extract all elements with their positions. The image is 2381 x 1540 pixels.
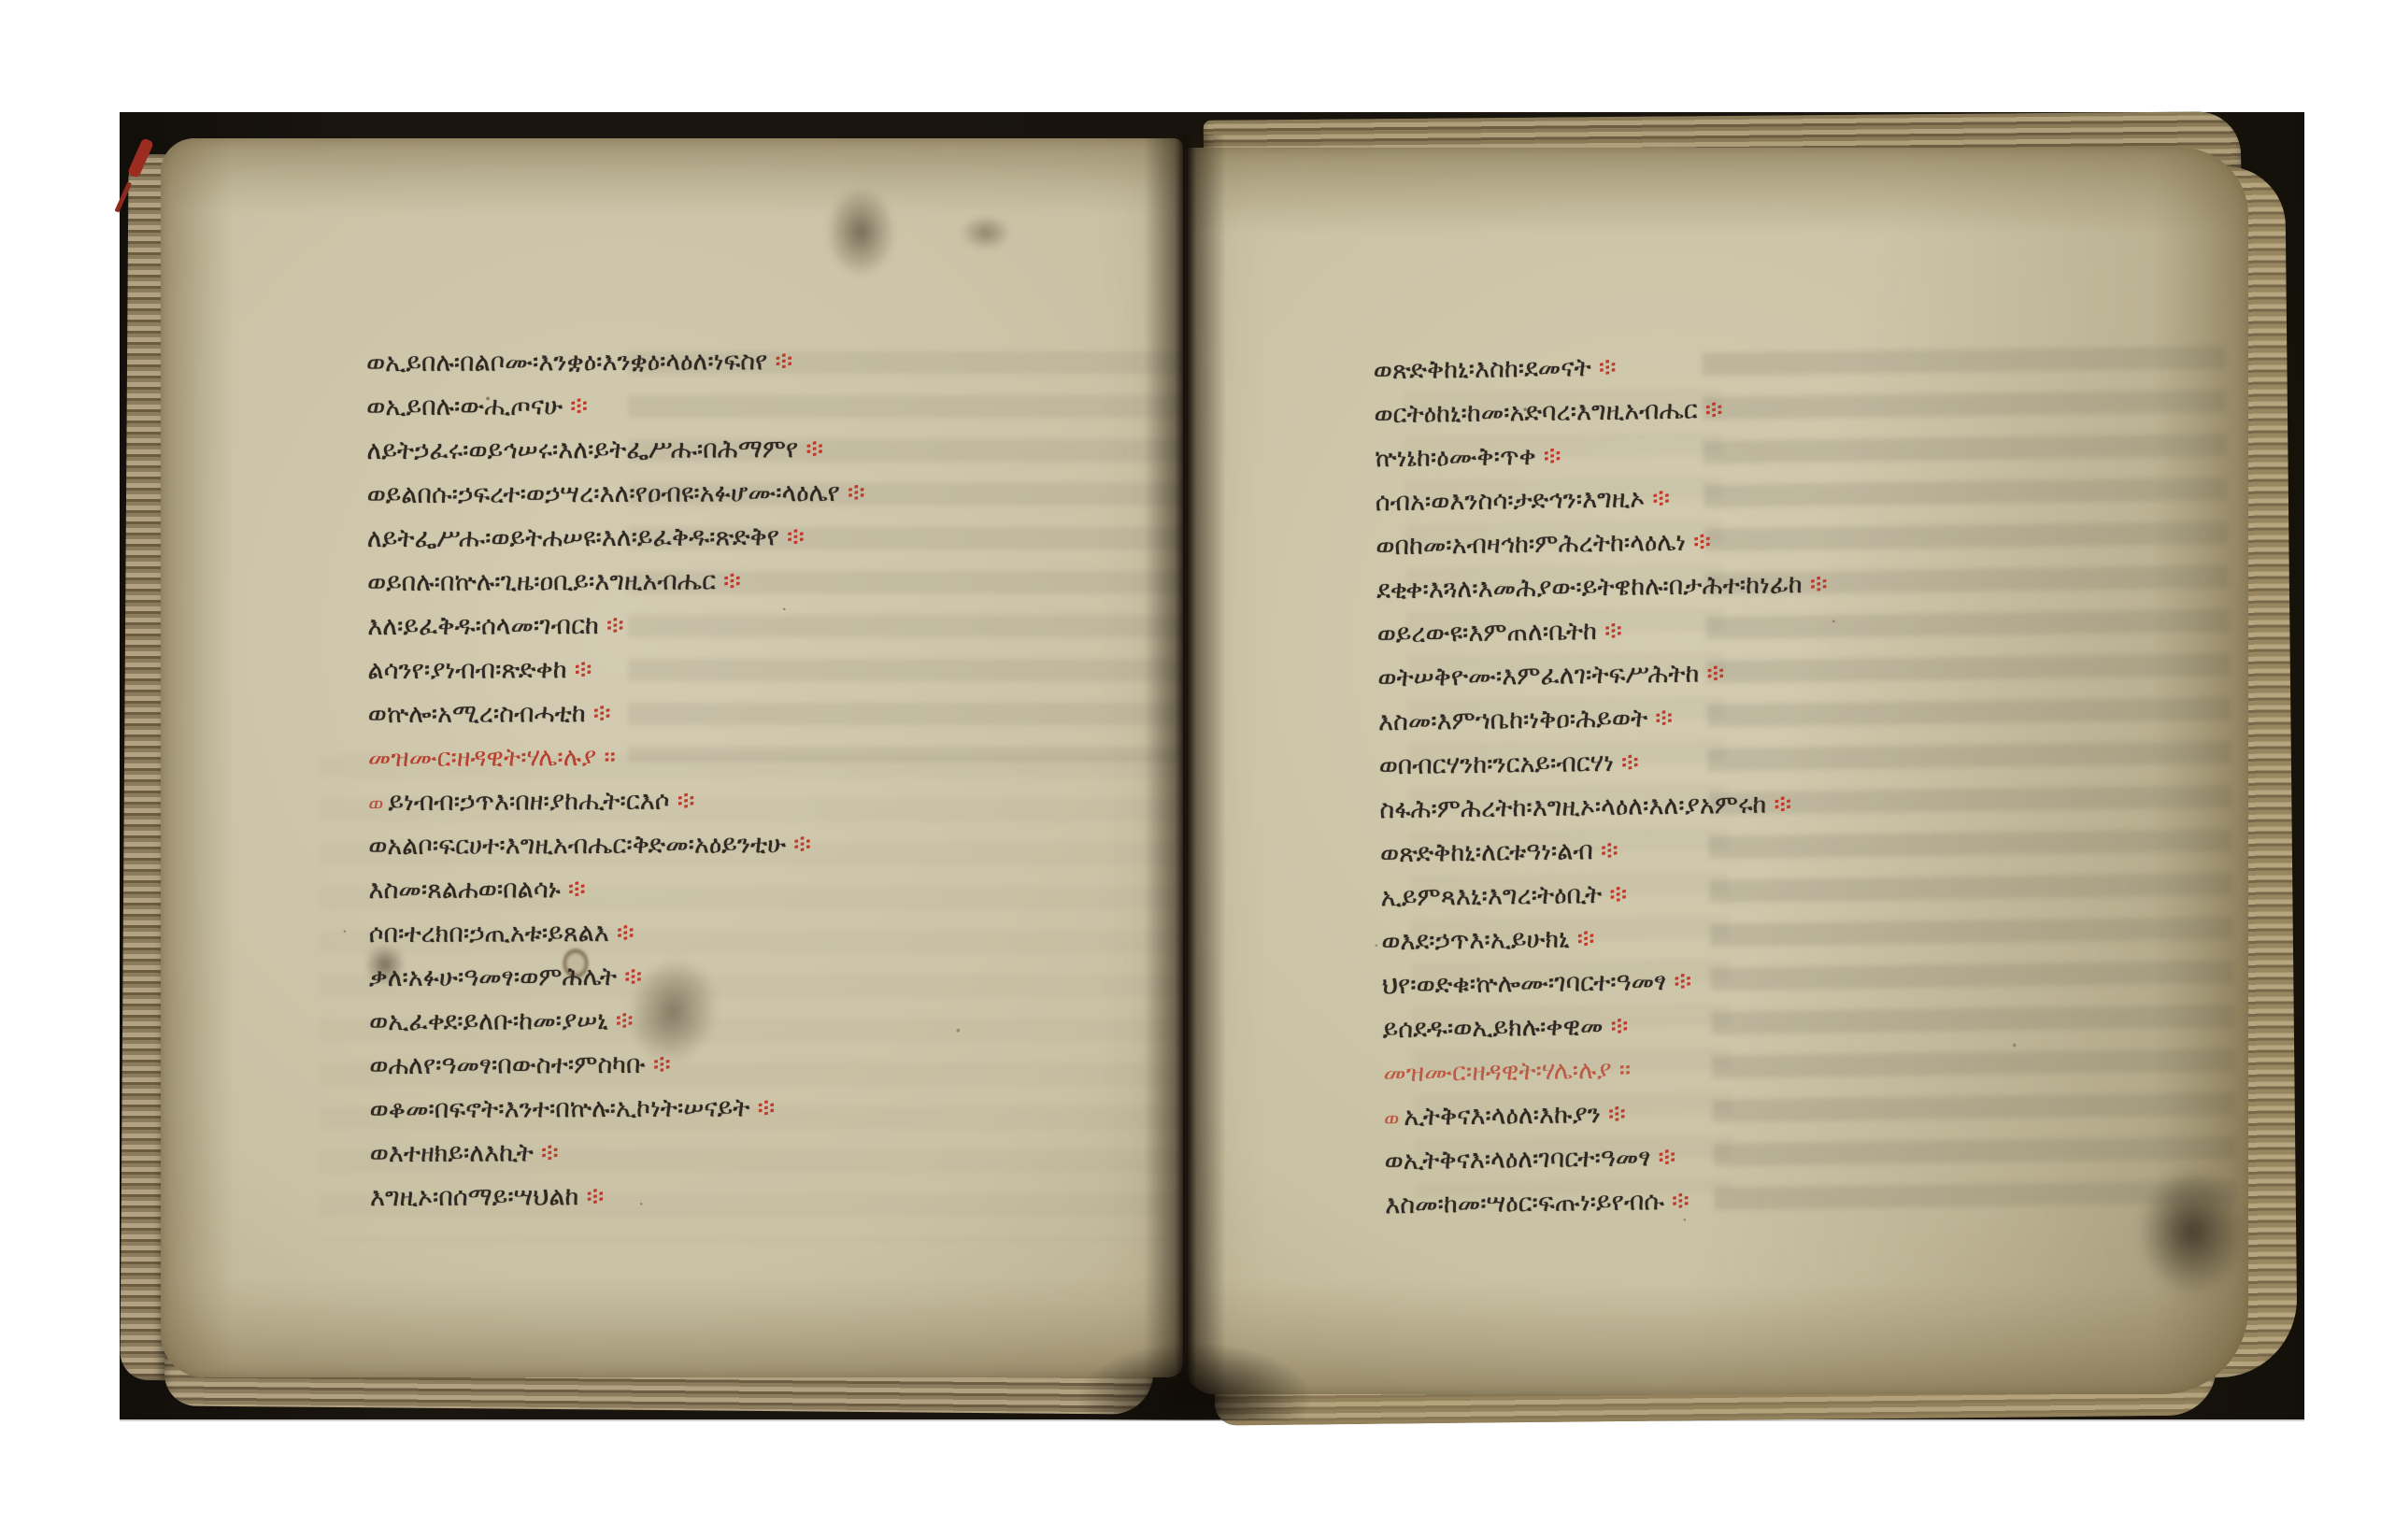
left-page-text: ወኢይበሉ፡በልቦሙ፡እንቋዕ፡እንቋዕ፡ላዕለ፡ነፍስየ፨ ወኢይበሉ፡ውሒጦ… [366,339,868,1219]
text-line: ወኢይበሉ፡በልቦሙ፡እንቋዕ፡እንቋዕ፡ላዕለ፡ነፍስየ፨ [366,339,864,385]
line-end-cross-mark: ፨ [1809,570,1827,599]
line-end-cross-mark: ፨ [1704,395,1722,424]
line-end-cross-mark: ፨ [1621,748,1639,777]
line-end-cross-mark: ፨ [1543,442,1561,471]
text-line: እስመ፡እምኀቤከ፡ነቅዐ፡ሕይወት፨ [1378,694,1830,745]
text-line: ሰብአ፡ወእንስሳ፡ታድኅን፡እግዚኦ፨ [1375,475,1826,525]
line-end-cross-mark: ፨ [1672,1187,1690,1216]
text-line: ወኢይበሉ፡ውሒጦናሁ፨ [366,383,864,429]
line-end-cross-mark: ፨ [653,1050,671,1079]
rubric-end-mark: ። [1618,1056,1631,1085]
text-line: ሶበ፡ተረክበ፡ኃጢአቱ፡ይጸልእ፨ [369,910,867,956]
line-end-cross-mark: ፨ [1706,659,1724,688]
text-line: እስመ፡ጸልሐወ፡በልሳኑ፨ [368,866,866,912]
text-line: ወይነብብ፡ኃጥእ፡በዘ፡ያከሒት፡ርእሶ፨ [368,778,866,824]
line-end-cross-mark: ፨ [593,699,611,728]
line-end-cross-mark: ፨ [1599,353,1617,382]
line-end-cross-mark: ፨ [575,655,592,684]
stain [961,215,1011,250]
text-line: ህየ፡ወድቁ፡ኵሎሙ፡ገባርተ፡ዓመፃ፨ [1382,958,1833,1008]
line-end-cross-mark: ፨ [806,435,823,463]
red-initial: ወ [368,792,383,816]
text-line: ወቆመ፡በፍኖት፡እንተ፡በኵሉ፡ኢኮነት፡ሠናይት፨ [369,1086,867,1132]
line-end-cross-mark: ፨ [1693,527,1711,556]
text-line: ኢይምጻእኒ፡እግረ፡ትዕቢት፨ [1380,870,1832,920]
line-end-cross-mark: ፨ [793,830,811,859]
line-end-cross-mark: ፨ [1610,1012,1628,1041]
line-end-cross-mark: ፨ [1652,484,1670,513]
line-end-cross-mark: ፨ [1608,1100,1626,1129]
line-end-cross-mark: ፨ [1655,704,1673,733]
line-end-cross-mark: ፨ [1774,790,1791,819]
text-line: ለይትኃፈሩ፡ወይኅሠሩ፡እለ፡ይትፌሥሑ፡በሕማምየ፨ [366,427,864,473]
red-initial: ወ [1384,1107,1400,1131]
text-line: ለይትፌሥሑ፡ወይትሐሠዩ፡እለ፡ይፈቅዱ፡ጽድቅየ፨ [367,515,865,561]
rubric-end-mark: ። [604,743,616,772]
text-line: ስፋሕ፡ምሕረትከ፡እግዚኦ፡ላዕለ፡እለ፡ያአምሩከ፨ [1379,782,1831,833]
line-end-cross-mark: ፨ [1601,836,1618,865]
line-end-cross-mark: ፨ [616,1006,634,1035]
text-line: ወይረውዩ፡እምጠለ፡ቤትከ፨ [1376,606,1828,657]
right-page: 32 ወጽድቅከኒ፡እስከ፡ደመናት፨ ወርትዕከኒ፡ከመ፡አድባረ፡እግዚአብ… [1185,148,2248,1394]
line-end-cross-mark: ፨ [1674,967,1691,996]
text-line: ልሳንየ፡ያነብብ፡ጽድቀከ፨ [367,647,865,692]
line-end-cross-mark: ፨ [1609,880,1627,909]
text-line: ወጽድቅከኒ፡እስከ፡ደመናት፨ [1373,343,1824,393]
line-end-cross-mark: ፨ [1576,924,1594,953]
line-end-cross-mark: ፨ [624,962,642,991]
right-page-text: ወጽድቅከኒ፡እስከ፡ደመናት፨ ወርትዕከኒ፡ከመ፡አድባረ፡እግዚአብሔር፨… [1373,343,1836,1228]
left-page: ወኢይበሉ፡በልቦሙ፡እንቋዕ፡እንቋዕ፡ላዕለ፡ነፍስየ፨ ወኢይበሉ፡ውሒጦ… [161,138,1183,1377]
rubric-line: መዝሙር፡ዘዳዊት፡ሃሌ፡ሉያ። [1383,1046,1834,1096]
line-end-cross-mark: ፨ [723,566,741,595]
text-line: ወበብርሃንከ፡ንርአይ፡ብርሃነ፨ [1378,738,1830,789]
text-line: ወይልበሱ፡ኃፍረተ፡ወኃሣረ፡እለ፡የዐብዩ፡አፉሆሙ፡ላዕሌየ፨ [367,471,865,517]
line-end-cross-mark: ፨ [541,1138,559,1167]
text-line: ኵነኔከ፡ዕሙቅ፡ጥቀ፨ [1375,431,1826,481]
text-line: ወርትዕከኒ፡ከመ፡አድባረ፡እግዚአብሔር፨ [1374,387,1825,437]
line-end-cross-mark: ፨ [568,875,586,904]
gutter-shadow-bottom [1054,1318,1334,1420]
book-photo: ወኢይበሉ፡በልቦሙ፡እንቋዕ፡እንቋዕ፡ላዕለ፡ነፍስየ፨ ወኢይበሉ፡ውሒጦ… [120,112,2304,1421]
line-end-cross-mark: ፨ [1658,1143,1675,1172]
line-end-cross-mark: ፨ [775,347,792,376]
line-end-cross-mark: ፨ [848,478,865,507]
text-line: እለ፡ይፈቅዱ፡ሰላመ፡ገብርከ፨ [367,603,865,649]
text-line: ወጽድቅከኒ፡ለርቱዓነ፡ልብ፨ [1380,826,1832,877]
text-line: ወእተዘክይ፡ለእኪት፨ [370,1130,868,1176]
line-end-cross-mark: ፨ [617,919,634,948]
line-end-cross-mark: ፨ [757,1093,775,1122]
line-end-cross-mark: ፨ [1604,617,1622,646]
text-line: ወሐለየ፡ዓመፃ፡በውስተ፡ምስካቡ፨ [369,1042,867,1088]
text-line: ወበከመ፡አብዛኅከ፡ምሕረትከ፡ላዕሌነ፨ [1376,519,1827,569]
text-line: ወትሠቅዮሙ፡እምፈለገ፡ትፍሥሕትከ፨ [1377,650,1829,701]
text-line: እግዚኦ፡በሰማይ፡ሣህልከ፨ [370,1174,868,1219]
line-end-cross-mark: ፨ [570,392,588,421]
text-line: ወኵሎ፡አሚረ፡ስብሓቲከ፨ [368,691,866,736]
text-line: ወእደ፡ኃጥእ፡ኢይሁክኒ፨ [1381,914,1832,964]
text-line: ቃለ፡አፉሁ፡ዓመፃ፡ወምሕሌት፨ [369,954,867,1000]
line-end-cross-mark: ፨ [606,611,624,640]
text-line: ይሰደዱ፡ወኢይክሉ፡ቀዊመ፨ [1382,1002,1833,1052]
text-line: ወኢትቅናእ፡ላዕለ፡ገባርተ፡ዓመፃ፨ [1384,1134,1835,1184]
text-line: ወኢትቅናእ፡ላዕለ፡እኩያን፨ [1384,1090,1835,1140]
text-line: እስመ፡ከመ፡ሣዕር፡ፍጡነ፡ይየብሱ፨ [1385,1177,1836,1228]
text-line: ወይበሉ፡በኵሉ፡ጊዜ፡ዐቢይ፡እግዚአብሔር፨ [367,559,865,605]
gutter-shadow [1144,135,1226,1402]
text-line: ደቂቀ፡እጓለ፡እመሕያው፡ይትዌከሉ፡በታሕተ፡ከነፊከ፨ [1376,563,1828,613]
line-end-cross-mark: ፨ [586,1182,604,1211]
text-line: ወኢፈቀደ፡ይለቡ፡ከመ፡ያሠኒ፨ [369,998,867,1044]
text-line: ወአልቦ፡ፍርሀተ፡እግዚአብሔር፡ቅድመ፡አዕይንቲሁ፨ [368,822,866,868]
rubric-line: መዝሙር፡ዘዳዊት፡ሃሌ፡ሉያ። [368,734,866,780]
line-end-cross-mark: ፨ [677,787,695,816]
line-end-cross-mark: ፨ [787,522,805,551]
manuscript-photo: ወኢይበሉ፡በልቦሙ፡እንቋዕ፡እንቋዕ፡ላዕለ፡ነፍስየ፨ ወኢይበሉ፡ውሒጦ… [0,0,2381,1540]
stain [826,187,895,277]
